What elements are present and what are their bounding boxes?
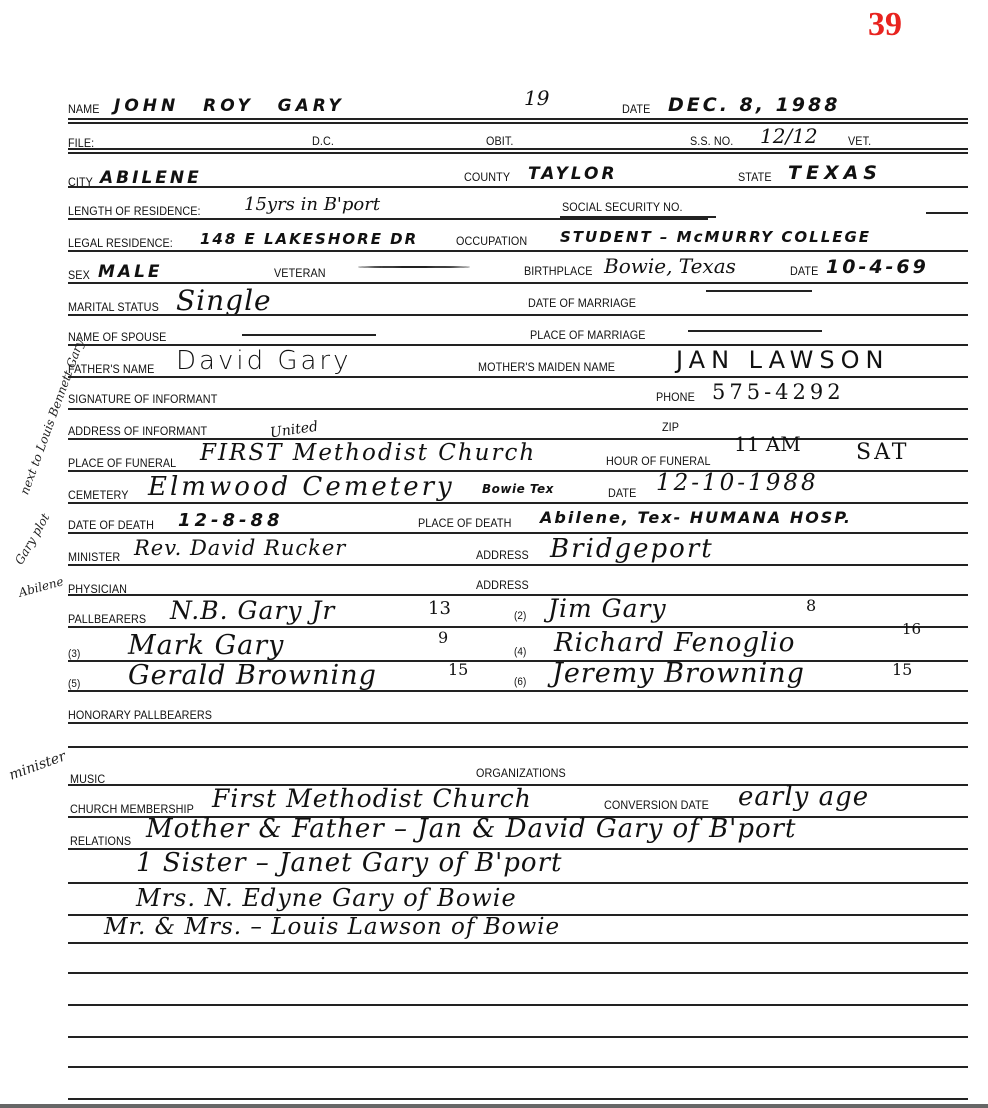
marital-status-value: Single [176,284,272,317]
veteran-label: VETERAN [274,266,326,280]
fathers-name-value: David Gary [176,346,352,376]
phone-label: PHONE [656,390,695,404]
divider [68,408,968,410]
mothers-maiden-name-label: MOTHER'S MAIDEN NAME [478,360,615,374]
blank-line [68,972,968,974]
occupation-value: STUDENT – McMURRY COLLEGE [560,228,871,246]
hour-of-funeral-label: HOUR OF FUNERAL [606,454,711,468]
dc-label: D.C. [312,134,334,148]
relations-label: RELATIONS [70,834,131,848]
social-security-no-label: SOCIAL SECURITY NO. [562,200,683,214]
divider [68,532,968,534]
veteran-blank-mark [358,266,470,268]
ss-no-label: S.S. NO. [690,134,733,148]
funeral-date-value: 12-10-1988 [656,470,819,496]
pallbearer-5-num: (5) [68,678,80,690]
length-of-residence-label: LENGTH OF RESIDENCE: [68,204,201,218]
county-value: TAYLOR [528,164,618,184]
state-label: STATE [738,170,772,184]
marital-status-label: MARITAL STATUS [68,300,159,314]
divider [68,148,968,150]
blank-line [68,1098,968,1100]
legal-residence-value: 148 E LAKESHORE DR [200,230,418,248]
phone-value: 575-4292 [712,380,845,404]
blank-line [68,1004,968,1006]
date-value: DEC. 8, 1988 [668,94,840,116]
date-of-death-label: DATE OF DEATH [68,518,154,532]
occupation-label: OCCUPATION [456,234,527,248]
place-of-death-value: Abilene, Tex- HUMANA HOSP. [540,508,852,527]
sex-value: MALE [98,262,163,282]
pallbearer-5-note: 15 [448,660,468,679]
divider [68,122,968,124]
name-value: JOHN ROY GARY [114,96,345,116]
margin-note-abilene: Abilene [17,574,65,599]
birth-date-label: DATE [790,264,818,278]
name-label: NAME [68,102,100,116]
minister-label: MINISTER [68,550,120,564]
pallbearer-4-num: (4) [514,646,526,658]
legal-residence-label: LEGAL RESIDENCE: [68,236,173,250]
organizations-label: ORGANIZATIONS [476,766,566,780]
address-of-informant-label: ADDRESS OF INFORMANT [68,424,207,438]
birthplace-value: Bowie, Texas [604,254,736,278]
minister-address-value: Bridgeport [550,534,714,564]
pallbearer-6-num: (6) [514,676,526,688]
margin-note-minister: minister [7,748,68,783]
length-of-residence-value: 15yrs in B'port [244,194,380,215]
church-membership-value: First Methodist Church [212,784,532,813]
birthplace-label: BIRTHPLACE [524,264,593,278]
divider [68,942,968,944]
place-of-funeral-label: PLACE OF FUNERAL [68,456,176,470]
pallbearer-2-note: 8 [806,596,816,615]
pallbearer-4-name: Richard Fenoglio [554,628,795,658]
pallbearer-5-name: Gerald Browning [128,660,377,691]
place-of-funeral-value: FIRST Methodist Church [200,440,536,466]
cemetery-label: CEMETERY [68,488,129,502]
sex-label: SEX [68,268,90,282]
pallbearer-6-note: 15 [892,660,912,679]
relations-line-2: 1 Sister – Janet Gary of B'port [136,848,562,878]
place-of-marriage-blank-mark [688,330,822,332]
pallbearer-2-name: Jim Gary [548,594,667,623]
divider [68,564,968,566]
conversion-date-value: early age [738,782,869,812]
divider [68,314,968,316]
funeral-date-label: DATE [608,486,636,500]
blank-line [68,1036,968,1038]
pallbearer-3-note: 9 [438,628,448,647]
pallbearer-2-num: (2) [514,610,526,622]
zip-label: ZIP [662,420,679,434]
page-number: 39 [868,6,902,44]
relations-line-4: Mr. & Mrs. – Louis Lawson of Bowie [104,914,560,940]
name-of-spouse-blank-mark [242,334,376,336]
divider [68,250,968,252]
place-of-death-label: PLACE OF DEATH [418,516,511,530]
margin-note-next-to: next to Louis Bennett Gary [17,338,86,497]
divider [926,212,968,214]
pallbearer-1-note: 13 [428,598,451,619]
blank-line [68,1066,968,1068]
margin-note-gary-plot: Gary plot [12,511,52,567]
divider [68,690,968,692]
pallbearer-6-name: Jeremy Browning [552,658,805,689]
place-of-marriage-label: PLACE OF MARRIAGE [530,328,646,342]
county-label: COUNTY [464,170,510,184]
ss-no-value: 12/12 [760,124,818,148]
funeral-day-value: SAT [856,440,909,465]
pallbearer-3-name: Mark Gary [128,630,284,661]
birth-date-value: 10-4-69 [826,256,929,278]
mothers-maiden-name-value: JAN LAWSON [676,346,890,374]
divider [68,152,968,154]
vet-label: VET. [848,134,871,148]
obit-label: OBIT. [486,134,513,148]
pallbearer-3-num: (3) [68,648,80,660]
state-value: TEXAS [788,162,882,184]
signature-of-informant-label: SIGNATURE OF INFORMANT [68,392,217,406]
date-of-marriage-label: DATE OF MARRIAGE [528,296,636,310]
pallbearer-1-name: N.B. Gary Jr [170,596,335,625]
relations-line-1: Mother & Father – Jan & David Gary of B'… [146,814,797,844]
conversion-date-label: CONVERSION DATE [604,798,709,812]
divider [68,626,968,628]
divider [68,218,708,220]
city-value: ABILENE [100,168,202,188]
relations-line-3: Mrs. N. Edyne Gary of Bowie [136,884,517,912]
cemetery-location: Bowie Tex [482,482,554,496]
divider [68,746,968,748]
minister-address-label: ADDRESS [476,548,529,562]
divider [68,376,968,378]
header-note: 19 [524,86,549,110]
divider [68,502,968,504]
date-label: DATE [622,102,650,116]
honorary-pallbearers-label: HONORARY PALLBEARERS [68,708,212,722]
physician-address-label: ADDRESS [476,578,529,592]
pallbearers-label: PALLBEARERS [68,612,146,626]
divider [68,118,968,120]
divider [68,186,968,188]
pallbearer-4-note: 16 [902,620,921,638]
cemetery-value: Elmwood Cemetery [148,472,455,502]
bottom-edge [0,1104,988,1108]
minister-value: Rev. David Rucker [134,536,346,560]
date-of-death-value: 12-8-88 [178,510,284,531]
fathers-name-label: FATHER'S NAME [68,362,154,376]
divider [68,722,968,724]
date-of-marriage-blank-mark [706,290,812,292]
hour-of-funeral-value: 11 AM [734,432,801,456]
